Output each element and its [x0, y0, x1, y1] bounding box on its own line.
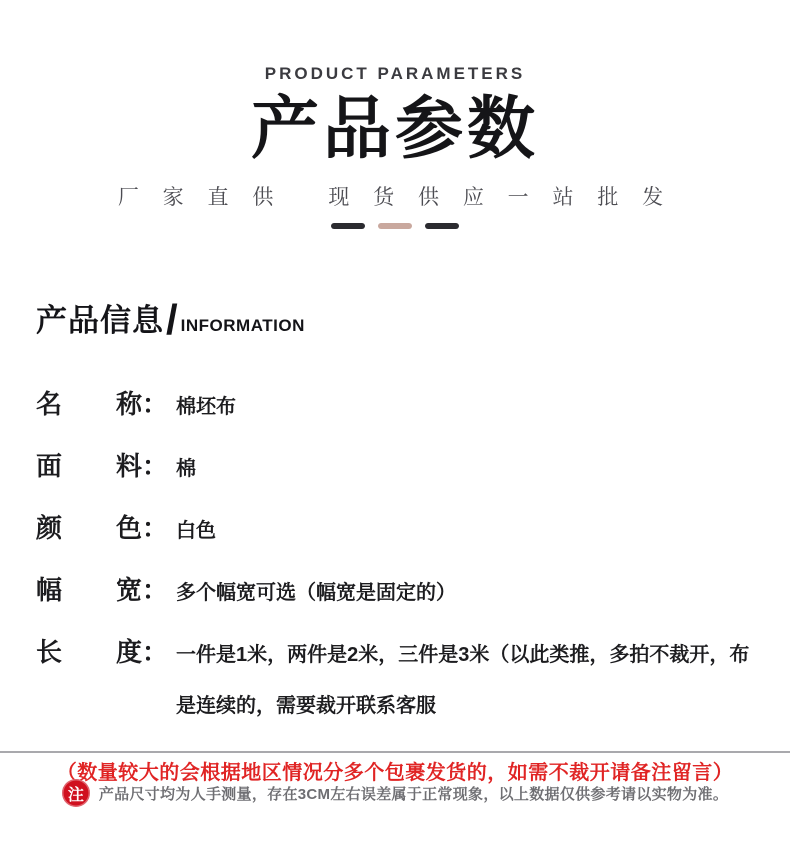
- disclaimer-text: 产品尺寸均为人手测量，存在3CM左右误差属于正常现象，以上数据仅供参考请以实物为…: [99, 783, 728, 804]
- spec-label: 面 料：: [36, 446, 168, 483]
- section-title-en: INFORMATION: [181, 316, 305, 340]
- label-char: 面: [36, 446, 62, 483]
- spec-rows: 名 称： 棉坯布 面 料： 棉 颜 色： 白色: [36, 384, 754, 732]
- spec-row-material: 面 料： 棉: [36, 446, 754, 484]
- tagline-right: 现 货 供 应 一 站 批 发: [328, 181, 672, 211]
- spec-row-name: 名 称： 棉坯布: [36, 384, 754, 422]
- product-parameters-page: PRODUCT PARAMETERS 产品参数 厂 家 直 供 现 货 供 应 …: [0, 0, 790, 841]
- dash-tan-middle: [378, 223, 412, 229]
- label-char: 色：: [116, 508, 168, 545]
- label-char: 名: [36, 384, 62, 421]
- dash-dark-right: [425, 223, 459, 229]
- eyebrow-text: PRODUCT PARAMETERS: [0, 64, 790, 84]
- spec-value: 棉: [168, 454, 754, 484]
- disclaimer-row: 注 产品尺寸均为人手测量，存在3CM左右误差属于正常现象，以上数据仅供参考请以实…: [20, 779, 770, 807]
- spec-value: 白色: [168, 516, 754, 546]
- spec-label: 颜 色：: [36, 508, 168, 545]
- tagline-left: 厂 家 直 供: [118, 181, 283, 211]
- spec-row-color: 颜 色： 白色: [36, 508, 754, 546]
- decorative-dashes: [0, 223, 790, 229]
- page-title: 产品参数: [0, 92, 790, 167]
- label-char: 颜: [36, 508, 62, 545]
- spec-label: 长 度：: [36, 632, 168, 669]
- label-char: 宽：: [116, 570, 168, 607]
- section-title-slash: /: [166, 300, 178, 340]
- spec-row-length: 长 度： 一件是1米，两件是2米，三件是3米（以此类推，多拍不裁开，布是连续的，…: [36, 632, 754, 732]
- label-char: 幅: [36, 570, 62, 607]
- note-badge-icon: 注: [62, 779, 90, 807]
- spec-row-width: 幅 宽： 多个幅宽可选（幅宽是固定的）: [36, 570, 754, 608]
- label-char: 长: [36, 632, 62, 669]
- dash-dark-left: [331, 223, 365, 229]
- label-char: 称：: [116, 384, 168, 421]
- footer-disclaimer: 注 产品尺寸均为人手测量，存在3CM左右误差属于正常现象，以上数据仅供参考请以实…: [0, 751, 790, 841]
- page-header: PRODUCT PARAMETERS 产品参数 厂 家 直 供 现 货 供 应 …: [0, 0, 790, 229]
- section-title: 产品信息 / INFORMATION: [36, 295, 754, 340]
- spec-value: 一件是1米，两件是2米，三件是3米（以此类推，多拍不裁开，布是连续的，需要裁开联…: [168, 630, 754, 732]
- spec-value: 多个幅宽可选（幅宽是固定的）: [168, 578, 754, 608]
- section-title-zh: 产品信息: [36, 295, 164, 340]
- label-char: 度：: [116, 632, 168, 669]
- label-char: 料：: [116, 446, 168, 483]
- spec-label: 名 称：: [36, 384, 168, 421]
- spec-label: 幅 宽：: [36, 570, 168, 607]
- spec-value: 棉坯布: [168, 392, 754, 422]
- product-info-section: 产品信息 / INFORMATION 名 称： 棉坯布 面 料： 棉: [0, 295, 790, 785]
- tagline: 厂 家 直 供 现 货 供 应 一 站 批 发: [0, 181, 790, 211]
